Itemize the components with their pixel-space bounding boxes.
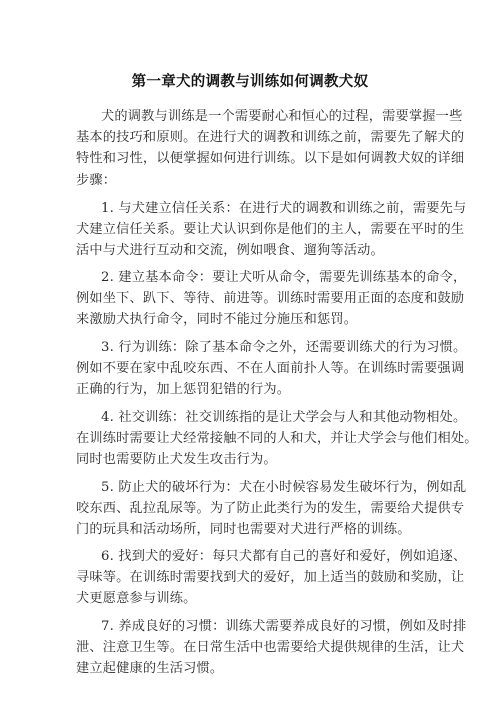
text-line: 在训练时需要让犬经常接触不同的人和犬，并让犬学会与他们相处。 [76, 428, 436, 449]
document-title: 第一章犬的调教与训练如何调教犬奴 [0, 70, 500, 91]
text-line: 来激励犬执行命令，同时不能过分施压和惩罚。 [76, 309, 436, 330]
text-line: 例如坐下、趴下、等待、前进等。训练时需要用正面的态度和鼓励 [76, 288, 436, 309]
document-page: 第一章犬的调教与训练如何调教犬奴 犬的调教与训练是一个需要耐心和恒心的过程，需要… [0, 0, 500, 707]
step-1-paragraph: 1. 与犬建立信任关系：在进行犬的调教和训练之前，需要先与 犬建立信任关系。要让… [76, 198, 436, 262]
text-line: 寻味等。在训练时需要找到犬的爱好，加上适当的鼓励和奖励，让 [76, 567, 436, 588]
text-line: 特性和习性，以便掌握如何进行训练。以下是如何调教犬奴的详细 [76, 148, 436, 169]
text-line: 同时也需要防止犬发生攻击行为。 [76, 449, 436, 470]
text-line: 犬建立信任关系。要让犬认识到你是他们的主人，需要在平时的生 [76, 219, 436, 240]
text-line: 基本的技巧和原则。在进行犬的调教和训练之前，需要先了解犬的 [76, 127, 436, 148]
text-line: 5. 防止犬的破坏行为：犬在小时候容易发生破坏行为，例如乱 [76, 477, 436, 498]
step-4-paragraph: 4. 社交训练：社交训练指的是让犬学会与人和其他动物相处。 在训练时需要让犬经常… [76, 407, 436, 471]
text-line: 门的玩具和活动场所，同时也需要对犬进行严格的训练。 [76, 519, 436, 540]
text-line: 泄、注意卫生等。在日常生活中也需要给犬提供规律的生活，让犬 [76, 637, 436, 658]
step-2-paragraph: 2. 建立基本命令：要让犬听从命令，需要先训练基本的命令， 例如坐下、趴下、等待… [76, 267, 436, 331]
text-line: 建立起健康的生活习惯。 [76, 658, 436, 679]
text-line: 1. 与犬建立信任关系：在进行犬的调教和训练之前，需要先与 [76, 198, 436, 219]
text-line: 例如不要在家中乱咬东西、不在人面前扑人等。在训练时需要强调 [76, 358, 436, 379]
text-line: 3. 行为训练：除了基本命令之外，还需要训练犬的行为习惯。 [76, 337, 436, 358]
text-line: 正确的行为，加上惩罚犯错的行为。 [76, 379, 436, 400]
text-line: 2. 建立基本命令：要让犬听从命令，需要先训练基本的命令， [76, 267, 436, 288]
text-line: 7. 养成良好的习惯：训练犬需要养成良好的习惯，例如及时排 [76, 616, 436, 637]
step-6-paragraph: 6. 找到犬的爱好：每只犬都有自己的喜好和爱好，例如追逐、 寻味等。在训练时需要… [76, 546, 436, 610]
text-line: 活中与犬进行互动和交流，例如喂食、遛狗等活动。 [76, 240, 436, 261]
text-line: 6. 找到犬的爱好：每只犬都有自己的喜好和爱好，例如追逐、 [76, 546, 436, 567]
text-line: 犬的调教与训练是一个需要耐心和恒心的过程，需要掌握一些 [76, 106, 436, 127]
text-line: 犬更愿意参与训练。 [76, 588, 436, 609]
intro-paragraph: 犬的调教与训练是一个需要耐心和恒心的过程，需要掌握一些 基本的技巧和原则。在进行… [76, 106, 436, 191]
text-line: 4. 社交训练：社交训练指的是让犬学会与人和其他动物相处。 [76, 407, 436, 428]
text-line: 咬东西、乱拉乱尿等。为了防止此类行为的发生，需要给犬提供专 [76, 498, 436, 519]
step-3-paragraph: 3. 行为训练：除了基本命令之外，还需要训练犬的行为习惯。 例如不要在家中乱咬东… [76, 337, 436, 401]
text-line: 步骤： [76, 170, 436, 191]
step-5-paragraph: 5. 防止犬的破坏行为：犬在小时候容易发生破坏行为，例如乱 咬东西、乱拉乱尿等。… [76, 477, 436, 541]
step-7-paragraph: 7. 养成良好的习惯：训练犬需要养成良好的习惯，例如及时排 泄、注意卫生等。在日… [76, 616, 436, 680]
